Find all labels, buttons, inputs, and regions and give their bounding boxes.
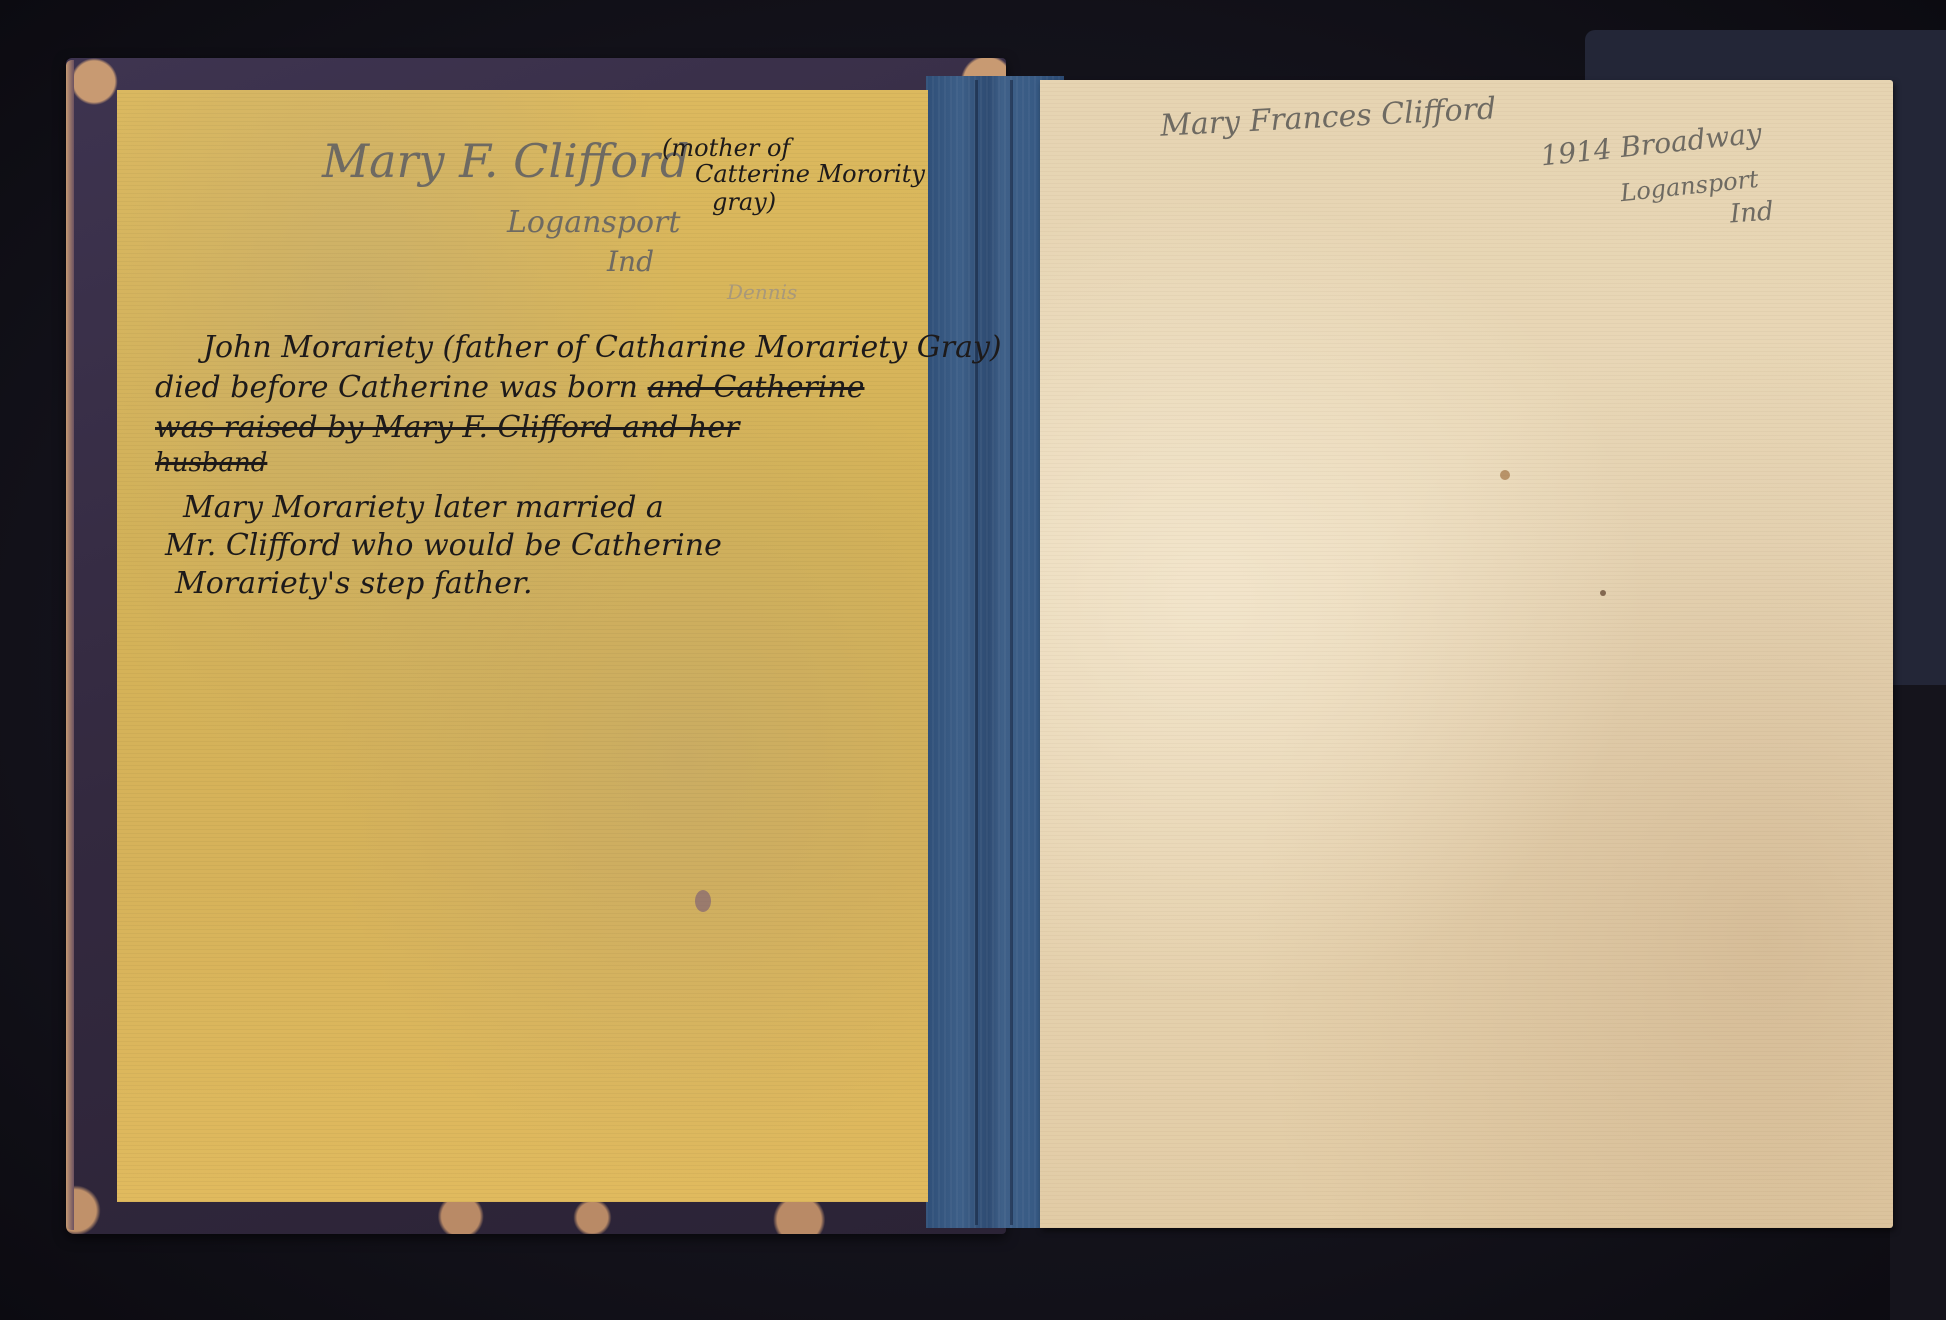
pencil-city: Logansport (507, 205, 680, 240)
ink-annotation-line2: Catterine Morority (695, 160, 925, 188)
note-line-struck: was raised by Mary F. Clifford and her (155, 410, 739, 445)
pencil-address-state: Ind (1729, 197, 1775, 230)
note-line-text: died before Catherine was born (155, 370, 638, 405)
cover-worn-edge (66, 60, 74, 1230)
spine-crease (975, 80, 978, 1225)
note-line: died before Catherine was born and Cathe… (155, 370, 864, 405)
note-line: John Morariety (father of Catharine Mora… (203, 330, 1002, 365)
note-line: Morariety's step father. (175, 566, 533, 601)
pencil-name-mary-frances-clifford: Mary Frances Clifford (1159, 91, 1497, 144)
pencil-name-mary-f-clifford: Mary F. Clifford (322, 134, 689, 188)
spine-crease (1010, 80, 1013, 1225)
ink-annotation-line1: (mother of (662, 134, 790, 162)
note-line: Mary Morariety later married a (183, 490, 664, 525)
ink-spot (695, 890, 711, 912)
background-shadow (1890, 685, 1946, 1320)
faint-pencil-word: Dennis (727, 280, 797, 304)
note-line-struck: husband (155, 448, 267, 478)
right-flyleaf-page: Mary Frances Clifford 1914 Broadway Loga… (1040, 80, 1893, 1228)
struck-text: and Catherine (648, 370, 865, 405)
foxing-spot (1500, 470, 1510, 480)
pencil-address-street: 1914 Broadway (1539, 116, 1763, 172)
note-line: Mr. Clifford who would be Catherine (165, 528, 722, 563)
ink-annotation-line3: gray) (712, 188, 776, 216)
foxing-spot (1600, 590, 1606, 596)
pencil-state: Ind (607, 245, 654, 278)
left-pastedown-page: Mary F. Clifford Logansport Ind (mother … (117, 90, 928, 1202)
